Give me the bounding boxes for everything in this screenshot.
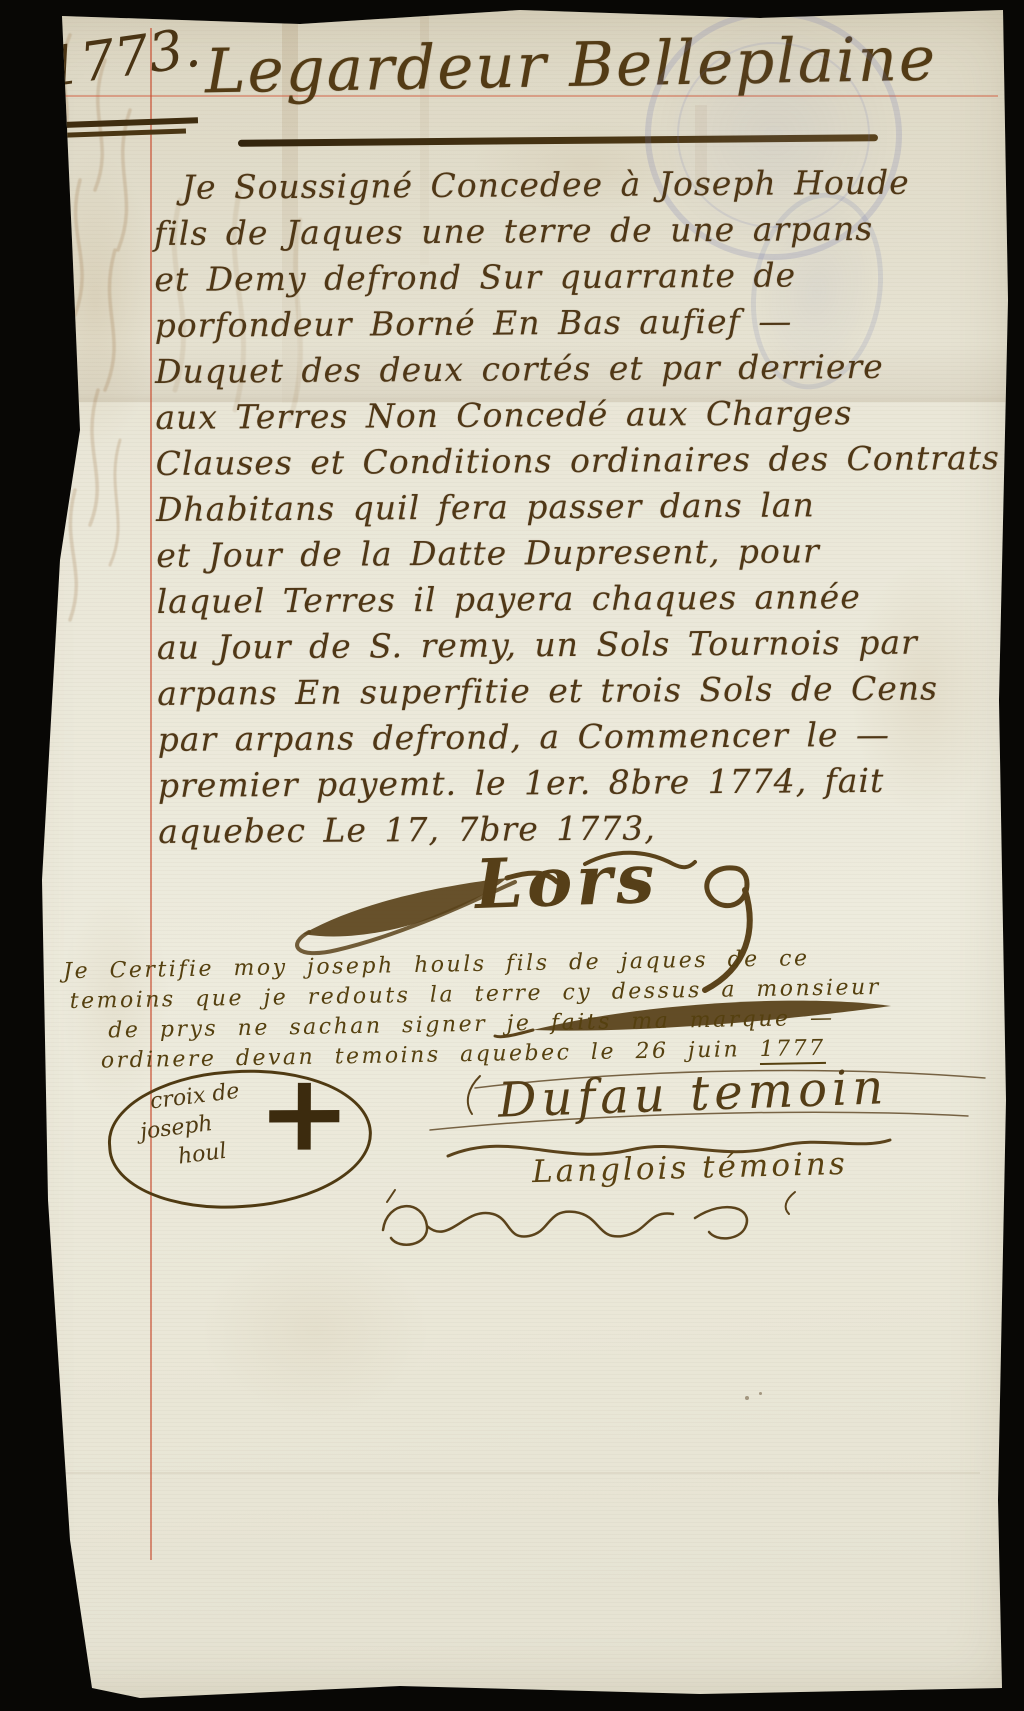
cross-mark: +: [257, 1052, 351, 1176]
cross-mark-oval: croix de joseph houl +: [104, 1061, 377, 1217]
witness-flourish-loops: [365, 1188, 845, 1253]
body-text: Je Soussigné Concedee à Joseph Houde fil…: [154, 159, 1003, 855]
body-line: laquel Terres il payera chaques année: [156, 573, 1001, 625]
main-signature: Lors: [474, 839, 660, 925]
scan-background: 1773. Legardeur Belleplaine Je Soussigné…: [0, 0, 1024, 1711]
body-line: fils de Jaques une terre de une arpans: [154, 205, 999, 257]
cross-caption: houl: [177, 1139, 228, 1170]
margin-rule-red: [150, 28, 152, 1560]
certification-text: Je Certifie moy joseph houls fils de jaq…: [63, 943, 882, 1077]
witness-signature-langlois: Langlois témoins: [532, 1146, 849, 1190]
paper: 1773. Legardeur Belleplaine Je Soussigné…: [0, 0, 1024, 1711]
body-line: Clauses et Conditions ordinaires des Con…: [156, 435, 1001, 487]
fold-crease-lower: [30, 1472, 980, 1474]
body-line: aux Terres Non Concedé aux Charges: [155, 389, 1000, 441]
body-line: porfondeur Borné En Bas aufief —: [155, 297, 1000, 349]
body-line: au Jour de S. remy, un Sols Tournois par: [157, 619, 1002, 671]
body-line: Dhabitans quil fera passer dans lan: [156, 481, 1001, 533]
body-line: premier payemt. le 1er. 8bre 1774, fait: [158, 757, 1003, 809]
cross-caption: croix de: [149, 1079, 241, 1115]
body-line: et Jour de la Datte Dupresent, pour: [156, 527, 1001, 579]
body-line: par arpans defrond, a Commencer le —: [157, 711, 1002, 763]
paper-stain: [200, 1240, 430, 1420]
cross-caption: joseph: [139, 1111, 214, 1145]
body-line: arpans En superfitie et trois Sols de Ce…: [157, 665, 1002, 717]
body-line: et Demy defrond Sur quarrante de: [154, 251, 999, 303]
body-line: Duquet des deux cortés et par derriere: [155, 343, 1000, 395]
bleedthrough-ink-marks: [10, 20, 170, 670]
body-line: Je Soussigné Concedee à Joseph Houde: [154, 159, 999, 211]
